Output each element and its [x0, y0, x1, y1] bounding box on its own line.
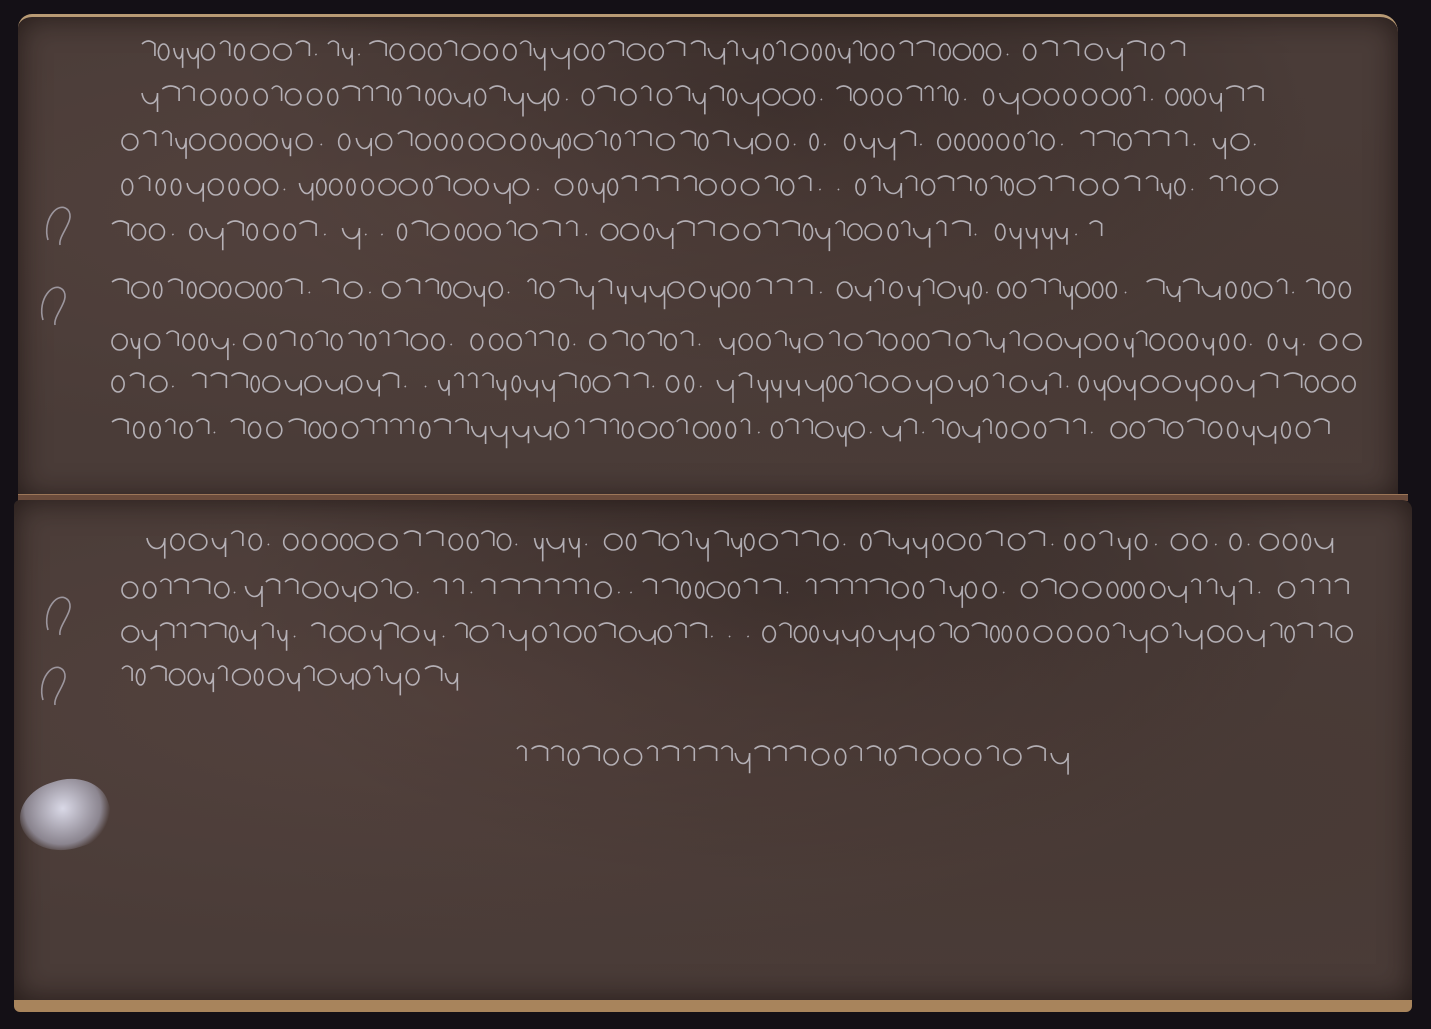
top-script-line — [120, 120, 1270, 166]
top-script-line — [120, 165, 1290, 211]
bottom-script-line — [515, 735, 1075, 781]
bottom-script-line — [120, 612, 1360, 658]
top-script-line — [110, 362, 1360, 408]
margin-mark — [40, 580, 80, 644]
bottom-script-line — [145, 520, 1345, 566]
top-script-line — [140, 75, 1280, 121]
top-script-line — [110, 268, 1360, 314]
margin-mark — [40, 190, 80, 254]
top-script-line — [110, 320, 1370, 366]
bottom-script-line — [120, 655, 470, 701]
top-script-line — [110, 408, 1340, 454]
top-script-line — [140, 30, 1200, 76]
margin-mark — [35, 270, 75, 334]
top-script-line — [110, 210, 1110, 256]
bottom-script-line — [120, 568, 1360, 614]
margin-mark — [35, 650, 75, 714]
